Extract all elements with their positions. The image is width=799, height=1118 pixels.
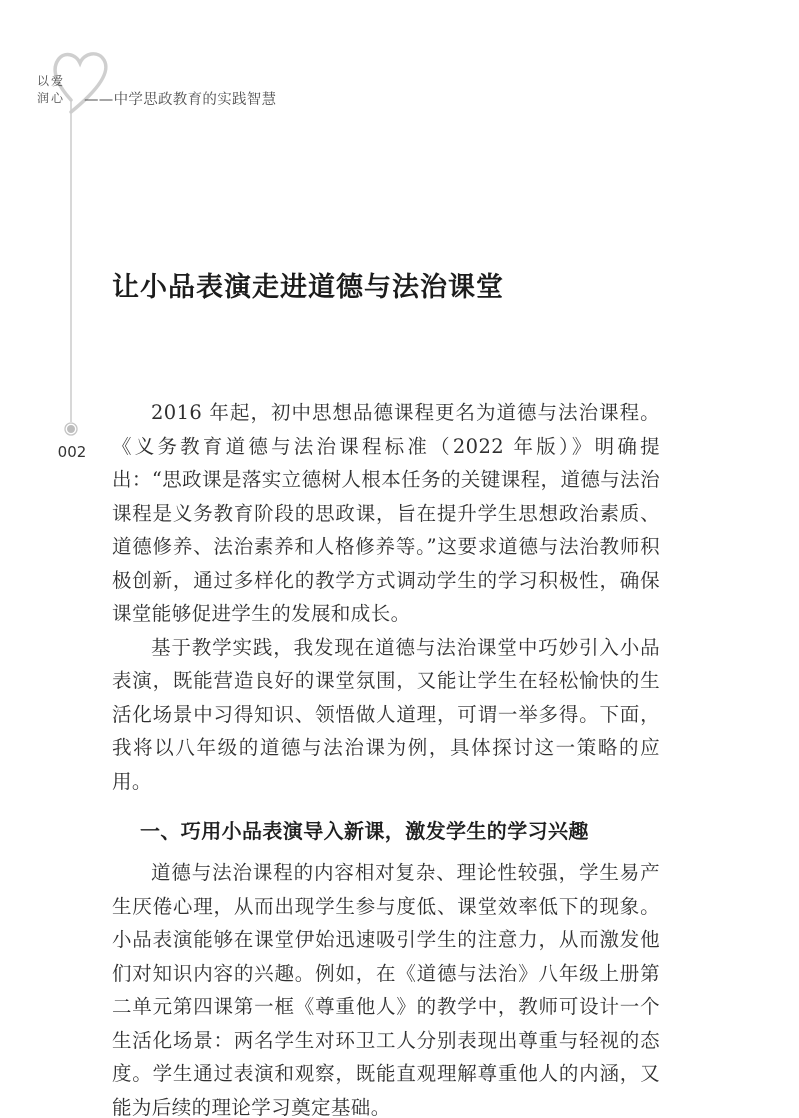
logo-line-2: 润心: [37, 90, 65, 107]
heart-outline-icon: [0, 0, 120, 440]
page-number: 002: [56, 443, 88, 461]
logo-line-1: 以爱: [37, 73, 65, 90]
body-paragraph: 基于教学实践，我发现在道德与法治课堂中巧妙引入小品表演，既能营造良好的课堂氛围，…: [112, 631, 660, 799]
article-title: 让小品表演走进道德与法治课堂: [112, 265, 504, 304]
series-logo-text: 以爱 润心: [37, 73, 65, 107]
article-body: 2016 年起，初中思想品德课程更名为道德与法治课程。《义务教育道德与法治课程标…: [112, 396, 660, 1118]
body-paragraph: 2016 年起，初中思想品德课程更名为道德与法治课程。《义务教育道德与法治课程标…: [112, 396, 660, 631]
running-header: 以爱 润心 ——中学思政教育的实践智慧: [0, 0, 799, 130]
book-subtitle: ——中学思政教育的实践智慧: [84, 88, 276, 109]
body-paragraph: 道德与法治课程的内容相对复杂、理论性较强，学生易产生厌倦心理，从而出现学生参与度…: [112, 856, 660, 1118]
section-heading: 一、巧用小品表演导入新课，激发学生的学习兴趣: [112, 812, 660, 850]
